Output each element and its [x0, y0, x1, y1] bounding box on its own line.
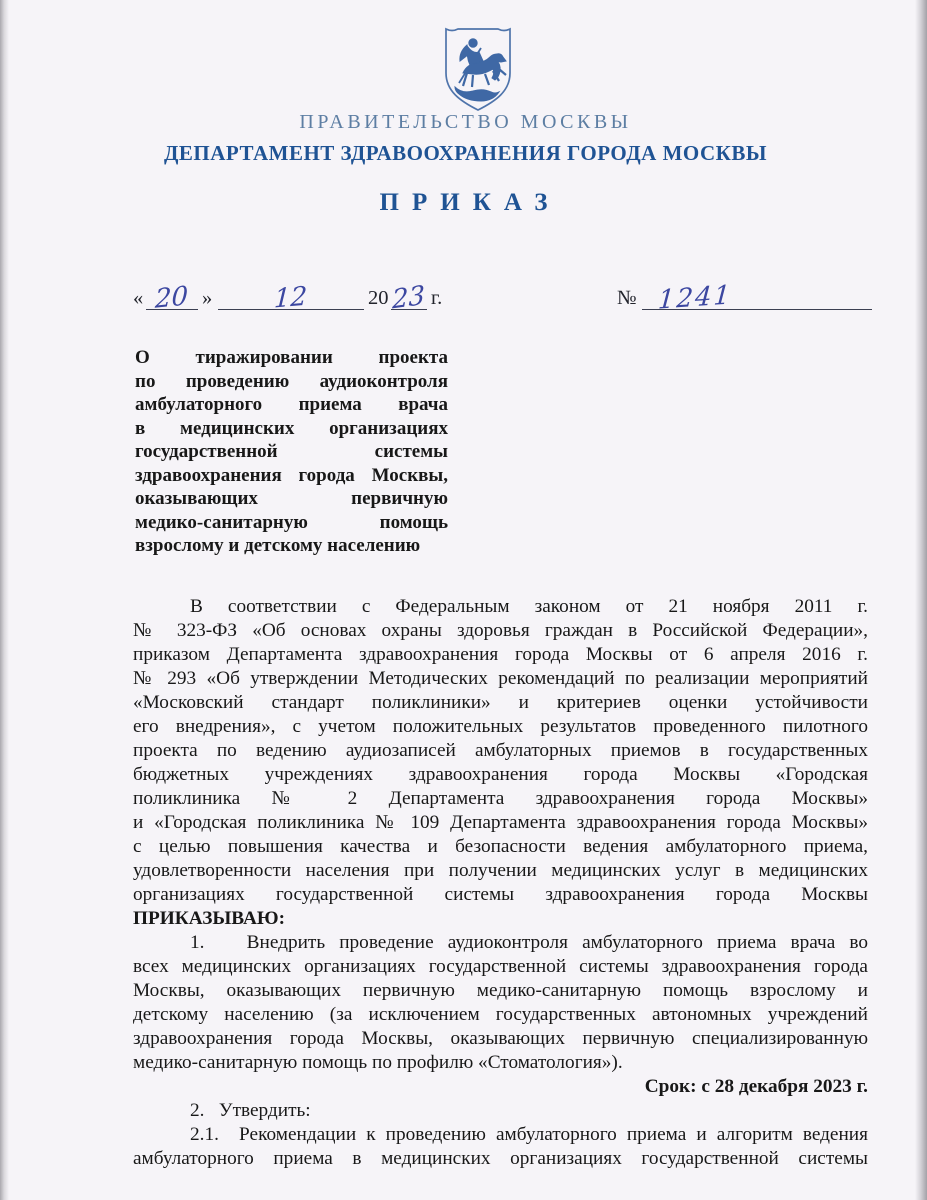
- preamble-line: проекта по ведению аудиозаписей амбулато…: [133, 739, 868, 763]
- item-1-line: здравоохранения города Москвы, оказывающ…: [133, 1027, 868, 1051]
- item-1-line: детскому населению (за исключением госуд…: [133, 1003, 868, 1027]
- handwritten-month: 12: [274, 283, 308, 312]
- subject-line: в медицинских организациях: [135, 417, 448, 441]
- handwritten-day: 20: [155, 283, 189, 313]
- day-field: 20: [146, 282, 198, 310]
- order-number-field: 1241: [642, 282, 872, 310]
- moscow-coat-of-arms-icon: [437, 21, 519, 117]
- handwritten-year: 23: [393, 283, 426, 314]
- government-title: ПРАВИТЕЛЬСТВО МОСКВЫ: [0, 111, 927, 134]
- preamble-line: № 323-ФЗ «Об основах охраны здоровья гра…: [133, 619, 868, 643]
- open-quote: «: [133, 287, 143, 310]
- subject-line: по проведению аудиоконтроля: [135, 370, 448, 394]
- item-1-paragraph: 1. Внедрить проведение аудиоконтроля амб…: [133, 931, 868, 1075]
- preamble-line: удовлетворенности населения при получени…: [133, 859, 868, 883]
- date-number-row: « 20 » 12 20 23 г. № 1241: [133, 274, 868, 314]
- item-2-1-line: 2.1. Рекомендации к проведению амбулатор…: [133, 1123, 868, 1147]
- item-1-line: Москвы, оказывающих первичную медико-сан…: [133, 979, 868, 1003]
- preamble-line: приказом Департамента здравоохранения го…: [133, 643, 868, 667]
- order-subject: О тиражировании проектапо проведению ауд…: [135, 346, 448, 558]
- subject-line: оказывающих первичную: [135, 487, 448, 511]
- subject-line: медико-санитарную помощь: [135, 511, 448, 535]
- preamble-paragraph: В соответствии с Федеральным законом от …: [133, 595, 868, 907]
- year-suffix: г.: [431, 287, 442, 310]
- order-verb: ПРИКАЗЫВАЮ:: [133, 907, 868, 931]
- preamble-line: бюджетных учреждениях здравоохранения го…: [133, 763, 868, 787]
- year-field: 23: [391, 282, 427, 310]
- item-1-line: медико-санитарную помощь по профилю «Сто…: [133, 1051, 868, 1075]
- subject-line: взрослому и детскому населению: [135, 534, 448, 558]
- close-quote: »: [202, 287, 212, 310]
- printed-century: 20: [368, 287, 389, 310]
- subject-line: здравоохранения города Москвы,: [135, 464, 448, 488]
- preamble-line: и «Городская поликлиника № 109 Департаме…: [133, 811, 868, 835]
- document-type-title: ПРИКАЗ: [0, 189, 927, 217]
- preamble-line: поликлиника № 2 Департамента здравоохран…: [133, 787, 868, 811]
- preamble-line: № 293 «Об утверждении Методических реком…: [133, 667, 868, 691]
- document-page: ПРАВИТЕЛЬСТВО МОСКВЫ ДЕПАРТАМЕНТ ЗДРАВОО…: [0, 0, 927, 1200]
- item-2-1-paragraph: 2.1. Рекомендации к проведению амбулатор…: [133, 1123, 868, 1171]
- subject-line: государственной системы: [135, 440, 448, 464]
- photo-left-edge: [0, 0, 9, 1200]
- preamble-line: организациях государственной системы здр…: [133, 883, 868, 907]
- preamble-line: В соответствии с Федеральным законом от …: [133, 595, 868, 619]
- preamble-line: «Московский стандарт поликлиники» и крит…: [133, 691, 868, 715]
- department-title: ДЕПАРТАМЕНТ ЗДРАВООХРАНЕНИЯ ГОРОДА МОСКВ…: [0, 141, 927, 166]
- number-sign: №: [617, 287, 637, 310]
- item-1-line: 1. Внедрить проведение аудиоконтроля амб…: [133, 931, 868, 955]
- preamble-line: его внедрения», с учетом положительных р…: [133, 715, 868, 739]
- photo-right-edge: [915, 0, 927, 1200]
- item-2-line: 2. Утвердить:: [133, 1099, 868, 1123]
- subject-line: О тиражировании проекта: [135, 346, 448, 370]
- month-field: 12: [218, 282, 364, 310]
- handwritten-order-number: 1241: [657, 282, 733, 313]
- deadline-line: Срок: с 28 декабря 2023 г.: [133, 1075, 868, 1099]
- item-1-line: всех медицинских организациях государств…: [133, 955, 868, 979]
- item-2-1-line: амбулаторного приема в медицинских орган…: [133, 1147, 868, 1171]
- preamble-line: с целью повышения качества и безопасност…: [133, 835, 868, 859]
- order-body: В соответствии с Федеральным законом от …: [133, 595, 868, 1171]
- subject-line: амбулаторного приема врача: [135, 393, 448, 417]
